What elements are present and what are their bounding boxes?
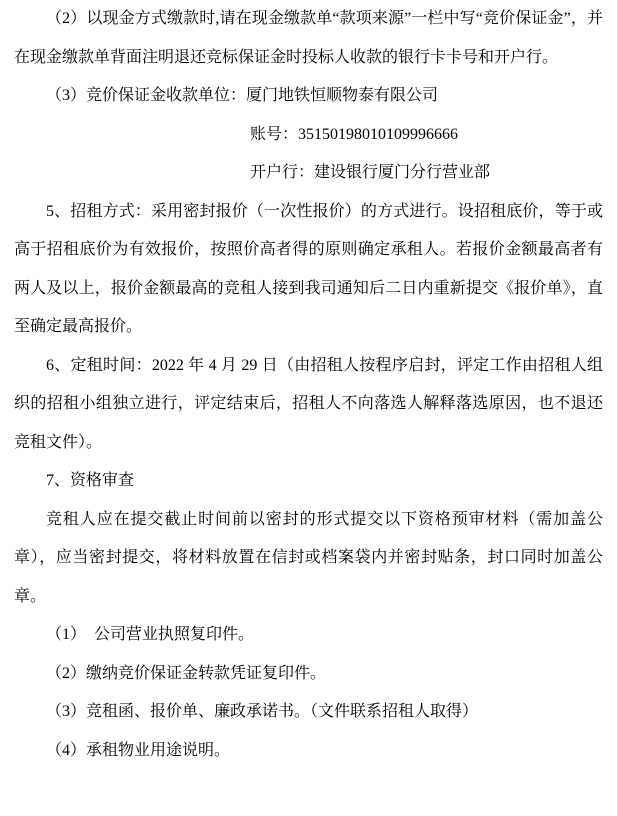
paragraph-deposit-payee: （3）竞价保证金收款单位：厦门地铁恒顺物泰有限公司 [14,77,603,116]
paragraph-qualification-materials: 竞租人应在提交截止时间前以密封的形式提交以下资格预审材料（需加盖公章），应当密封… [14,501,603,617]
checklist-item-deposit-receipt: （2）缴纳竞价保证金转款凭证复印件。 [14,655,603,694]
paragraph-cash-payment-instruction: （2）以现金方式缴款时,请在现金缴款单“款项来源”一栏中写“竞价保证金”，并在现… [14,0,603,77]
bank-branch-line: 开户行：建设银行厦门分行营业部 [250,154,603,193]
heading-qualification-review: 7、资格审查 [14,462,603,501]
checklist-item-bid-documents: （3）竞租函、报价单、廉政承诺书。（文件联系招租人取得） [14,693,603,732]
checklist-item-property-use: （4）承租物业用途说明。 [14,732,603,771]
checklist-item-business-license: （1） 公司营业执照复印件。 [14,616,603,655]
bank-account-number-line: 账号：35150198010109996666 [250,116,603,155]
paragraph-bid-method: 5、招租方式：采用密封报价（一次性报价）的方式进行。设招租底价，等于或高于招租底… [14,193,603,347]
document-page: （2）以现金方式缴款时,请在现金缴款单“款项来源”一栏中写“竞价保证金”，并在现… [0,0,618,816]
paragraph-decision-time: 6、定租时间：2022 年 4 月 29 日（由招租人按程序启封，评定工作由招租… [14,347,603,463]
